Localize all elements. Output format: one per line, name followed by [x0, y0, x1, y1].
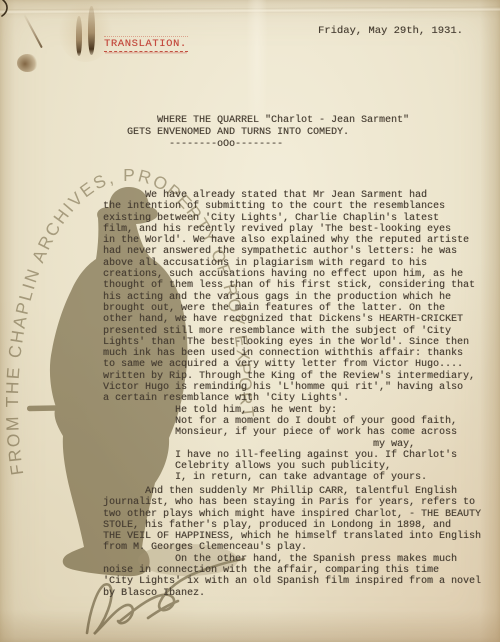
document-title: WHERE THE QUARREL "Charlot - Jean Sarmen…	[103, 115, 409, 152]
paragraph-3: And then suddenly Mr Phillip CARR, talen…	[103, 486, 481, 599]
quoted-letter: Not for a moment do I doubt of your good…	[103, 416, 457, 484]
translation-stamp: TRANSLATION.	[104, 36, 188, 52]
date-line: Friday, May 29th, 1931.	[318, 25, 463, 37]
hand-icon	[59, 397, 87, 419]
paragraph-1: We have already stated that Mr Jean Sarm…	[103, 190, 475, 416]
pen-mark	[2, 0, 7, 16]
document-page: FROM THE CHAPLIN ARCHIVES, PROPERTY OF R…	[0, 0, 500, 642]
